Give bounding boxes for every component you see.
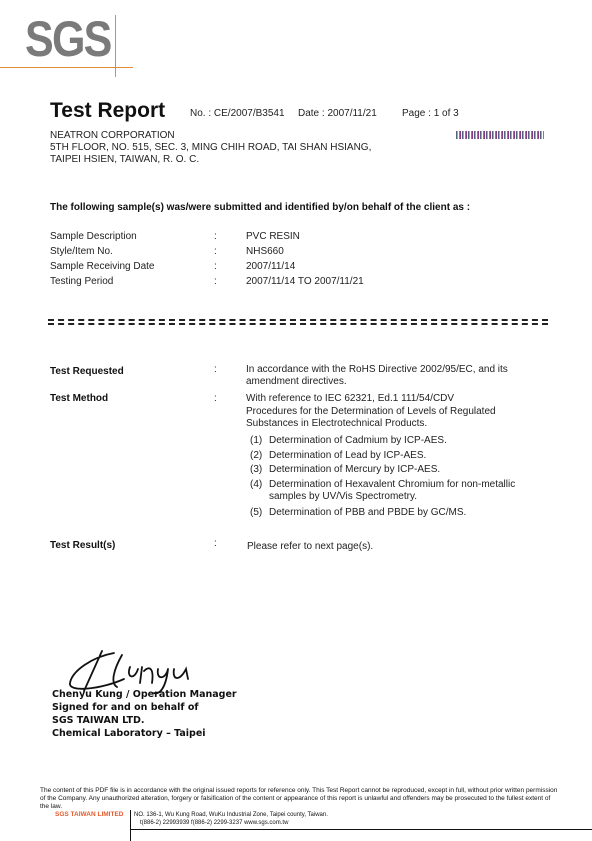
client-block: NEATRON CORPORATION 5TH FLOOR, NO. 515, … [50,130,371,166]
signatory-company: SGS TAIWAN LTD. [52,714,237,727]
report-title: Test Report [50,99,165,123]
style-item-label: Style/Item No. [50,246,113,257]
item-number: (4) [250,479,262,491]
sample-description-label: Sample Description [50,231,137,242]
colon: : [214,276,217,287]
test-method-value: With reference to IEC 62321, Ed.1 111/54… [246,393,536,430]
item-text: Determination of Lead by ICP-AES. [269,450,549,462]
item-number: (1) [250,435,262,447]
footer-address-block: NO. 136-1, Wu Kung Road, WuKu Industrial… [134,811,328,827]
item-text: Determination of Cadmium by ICP-AES. [269,435,549,447]
testing-period-value: 2007/11/14 TO 2007/11/21 [246,276,364,287]
colon: : [214,261,217,272]
signatory-name: Chenyu Kung / Operation Manager [52,688,237,701]
test-requested-value: In accordance with the RoHS Directive 20… [246,364,536,388]
test-method-line2: Procedures for the Determination of Leve… [246,406,536,418]
testing-period-label: Testing Period [50,276,113,287]
signed-for: Signed for and on behalf of [52,701,237,714]
item-text: Determination of Mercury by ICP-AES. [269,464,549,476]
test-method-line3: Substances in Electrotechnical Products. [246,418,536,430]
test-method-label: Test Method [50,393,108,404]
style-item-value: NHS660 [246,246,284,257]
item-number: (2) [250,450,262,462]
item-text: Determination of PBB and PBDE by GC/MS. [269,507,549,519]
barcode [456,131,544,139]
sgs-logo: SGS [25,14,111,64]
test-results-value: Please refer to next page(s). [247,541,373,552]
colon: : [214,246,217,257]
receiving-date-value: 2007/11/14 [246,261,295,272]
colon: : [214,231,217,242]
test-requested-line1: In accordance with the RoHS Directive 20… [246,364,536,376]
footer-divider-horizontal [130,829,592,830]
logo-horizontal-line [0,67,133,68]
sample-description-value: PVC RESIN [246,231,300,242]
report-number: No. : CE/2007/B3541 [190,108,285,119]
signatory-lab: Chemical Laboratory – Taipei [52,727,237,740]
signatory-block: Chenyu Kung / Operation Manager Signed f… [52,688,237,740]
colon: : [214,364,217,375]
client-address-line1: 5TH FLOOR, NO. 515, SEC. 3, MING CHIH RO… [50,142,371,154]
footer-divider-vertical [130,810,131,841]
client-address-line2: TAIPEI HSIEN, TAIWAN, R. O. C. [50,154,371,166]
footer-company-name: SGS TAIWAN LIMITED [55,811,124,818]
colon: : [214,538,217,549]
colon: : [214,393,217,404]
client-name: NEATRON CORPORATION [50,130,371,142]
item-number: (3) [250,464,262,476]
footer-contact: t(886-2) 22993939 f(886-2) 2299-3237 www… [134,819,328,827]
double-dashed-separator [48,319,548,325]
footer-address: NO. 136-1, Wu Kung Road, WuKu Industrial… [134,811,328,819]
test-requested-line2: amendment directives. [246,376,536,388]
test-method-line1: With reference to IEC 62321, Ed.1 111/54… [246,393,536,405]
footer-disclaimer: The content of this PDF file is in accor… [40,787,560,811]
receiving-date-label: Sample Receiving Date [50,261,155,272]
test-requested-label: Test Requested [50,366,124,377]
report-date: Date : 2007/11/21 [298,108,377,119]
test-results-label: Test Result(s) [50,540,115,551]
item-number: (5) [250,507,262,519]
intro-statement: The following sample(s) was/were submitt… [50,202,470,213]
item-text: Determination of Hexavalent Chromium for… [269,479,549,503]
test-method-list: (1) Determination of Cadmium by ICP-AES.… [250,435,550,525]
page-indicator: Page : 1 of 3 [402,108,459,119]
